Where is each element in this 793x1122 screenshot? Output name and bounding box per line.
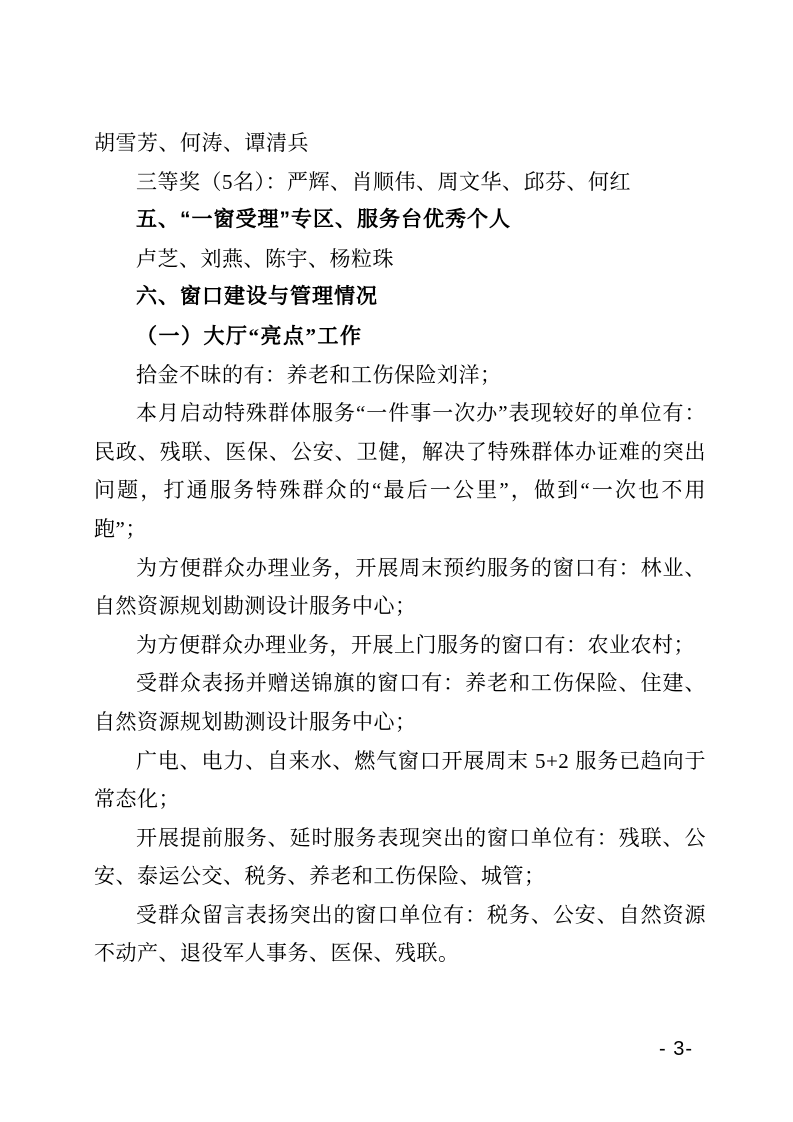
text-line: 常态化； — [94, 780, 706, 819]
text-line: 胡雪芳、何涛、谭清兵 — [94, 124, 706, 163]
text-line: 自然资源规划勘测设计服务中心； — [94, 587, 706, 626]
heading-line: （一）大厅“亮点”工作 — [94, 317, 706, 356]
text-line: 不动产、退役军人事务、医保、残联。 — [94, 934, 706, 973]
document-body: 胡雪芳、何涛、谭清兵三等奖（5名）：严辉、肖顺伟、周文华、邱芬、何红五、“一窗受… — [94, 124, 706, 973]
text-line: 受群众留言表扬突出的窗口单位有：税务、公安、自然资源 — [94, 896, 706, 935]
text-line: 开展提前服务、延时服务表现突出的窗口单位有：残联、公 — [94, 819, 706, 858]
heading-line: 五、“一窗受理”专区、服务台优秀个人 — [94, 201, 706, 240]
text-line: 本月启动特殊群体服务“一件事一次办”表现较好的单位有： — [94, 394, 706, 433]
text-line: 民政、残联、医保、公安、卫健，解决了特殊群体办证难的突出 — [94, 433, 706, 472]
text-line: 广电、电力、自来水、燃气窗口开展周末 5+2 服务已趋向于 — [94, 742, 706, 781]
text-line: 为方便群众办理业务，开展上门服务的窗口有：农业农村； — [94, 626, 706, 665]
document-page: 胡雪芳、何涛、谭清兵三等奖（5名）：严辉、肖顺伟、周文华、邱芬、何红五、“一窗受… — [0, 0, 793, 1122]
text-line: 自然资源规划勘测设计服务中心； — [94, 703, 706, 742]
page-number: - 3- — [659, 1038, 693, 1061]
text-line: 问题，打通服务特殊群众的“最后一公里”，做到“一次也不用 — [94, 471, 706, 510]
text-line: 为方便群众办理业务，开展周末预约服务的窗口有：林业、 — [94, 549, 706, 588]
heading-line: 六、窗口建设与管理情况 — [94, 278, 706, 317]
text-line: 卢芝、刘燕、陈宇、杨粒珠 — [94, 240, 706, 279]
text-line: 受群众表扬并赠送锦旗的窗口有：养老和工伤保险、住建、 — [94, 664, 706, 703]
text-line: 三等奖（5名）：严辉、肖顺伟、周文华、邱芬、何红 — [94, 163, 706, 202]
text-line: 拾金不昧的有：养老和工伤保险刘洋； — [94, 356, 706, 395]
text-line: 跑”； — [94, 510, 706, 549]
text-line: 安、泰运公交、税务、养老和工伤保险、城管； — [94, 857, 706, 896]
